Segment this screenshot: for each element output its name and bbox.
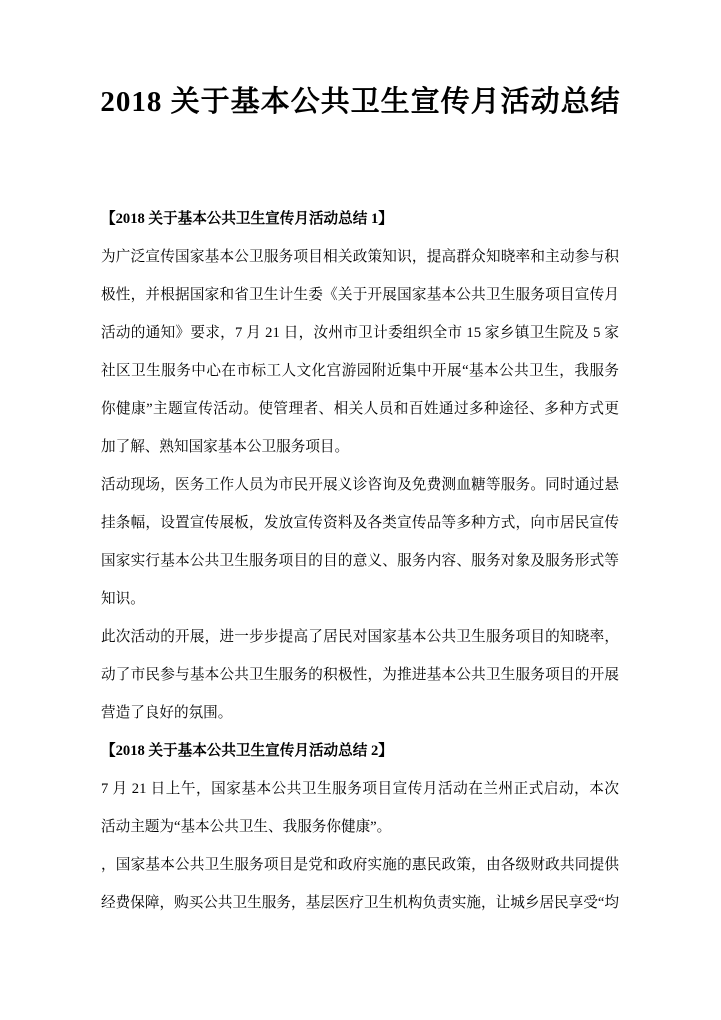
paragraph-line: 活动主题为“基本公共卫生、我服务你健康”。 <box>101 808 619 846</box>
paragraph-line: 社区卫生服务中心在市标工人文化宫游园附近集中开展“基本公共卫生，我服务 <box>101 352 619 390</box>
document-title: 2018 关于基本公共卫生宣传月活动总结 <box>0 84 721 120</box>
paragraph-line: 经费保障，购买公共卫生服务，基层医疗卫生机构负责实施，让城乡居民享受“均 <box>101 884 619 922</box>
paragraph-line: 营造了良好的氛围。 <box>101 694 619 732</box>
paragraph: 为广泛宣传国家基本公卫服务项目相关政策知识，提高群众知晓率和主动参与积极性，并根… <box>101 238 619 466</box>
paragraph-line: ，国家基本公共卫生服务项目是党和政府实施的惠民政策，由各级财政共同提供 <box>101 846 619 884</box>
paragraph-line: 为广泛宣传国家基本公卫服务项目相关政策知识，提高群众知晓率和主动参与积 <box>101 238 619 276</box>
section-heading: 【2018 关于基本公共卫生宣传月活动总结 1】 <box>101 200 619 238</box>
document-page: 2018 关于基本公共卫生宣传月活动总结 【2018 关于基本公共卫生宣传月活动… <box>0 0 721 1020</box>
paragraph-line: 动了市民参与基本公共卫生服务的积极性，为推进基本公共卫生服务项目的开展 <box>101 656 619 694</box>
paragraph: 7 月 21 日上午，国家基本公共卫生服务项目宣传月活动在兰州正式启动，本次活动… <box>101 770 619 846</box>
paragraph-line: 你健康”主题宣传活动。使管理者、相关人员和百姓通过多种途径、多种方式更 <box>101 390 619 428</box>
paragraph: ，国家基本公共卫生服务项目是党和政府实施的惠民政策，由各级财政共同提供经费保障，… <box>101 846 619 922</box>
paragraph-line: 知识。 <box>101 580 619 618</box>
paragraph: 此次活动的开展，进一步步提高了居民对国家基本公共卫生服务项目的知晓率，调动了市民… <box>101 618 619 732</box>
paragraph: 活动现场，医务工作人员为市民开展义诊咨询及免费测血糖等服务。同时通过悬挂条幅，设… <box>101 466 619 618</box>
paragraph-line: 活动的通知》要求，7 月 21 日，汝州市卫计委组织全市 15 家乡镇卫生院及 … <box>101 314 619 352</box>
paragraph-line: 7 月 21 日上午，国家基本公共卫生服务项目宣传月活动在兰州正式启动，本次 <box>101 770 619 808</box>
paragraph-line: 此次活动的开展，进一步步提高了居民对国家基本公共卫生服务项目的知晓率，调 <box>101 618 619 656</box>
paragraph-line: 加了解、熟知国家基本公卫服务项目。 <box>101 428 619 466</box>
paragraph-line: 国家实行基本公共卫生服务项目的目的意义、服务内容、服务对象及服务形式等 <box>101 542 619 580</box>
paragraph-line: 活动现场，医务工作人员为市民开展义诊咨询及免费测血糖等服务。同时通过悬 <box>101 466 619 504</box>
paragraph-line: 挂条幅，设置宣传展板，发放宣传资料及各类宣传品等多种方式，向市居民宣传 <box>101 504 619 542</box>
paragraph-line: 极性，并根据国家和省卫生计生委《关于开展国家基本公共卫生服务项目宣传月 <box>101 276 619 314</box>
section-heading: 【2018 关于基本公共卫生宣传月活动总结 2】 <box>101 732 619 770</box>
document-body: 【2018 关于基本公共卫生宣传月活动总结 1】为广泛宣传国家基本公卫服务项目相… <box>101 200 619 922</box>
